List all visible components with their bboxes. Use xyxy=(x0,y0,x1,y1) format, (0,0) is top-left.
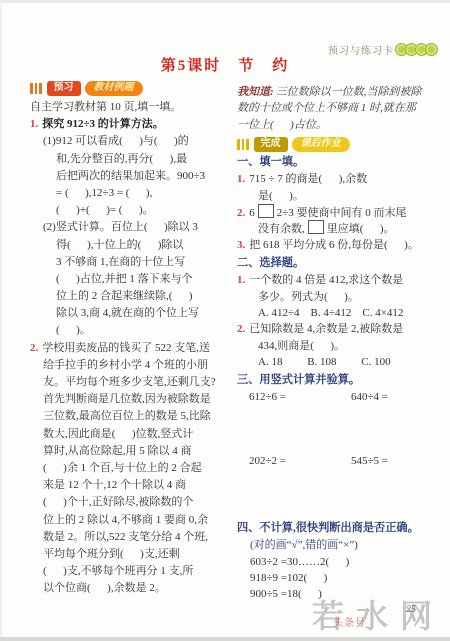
know-line: 我知道:三位数除以一位数,当除到被除 xyxy=(237,84,449,100)
question-number: 2. xyxy=(237,207,249,219)
text-line: 首先判断商是几位数,因为被除数是 xyxy=(30,391,232,408)
text-line: 平均每个班分到( )支,还剩 xyxy=(30,546,232,563)
text-line: 3 不够商 1,在商的十位上写 xyxy=(30,254,232,271)
section3-title: 三、用竖式计算并验算。 xyxy=(237,372,449,389)
question-line: 2.已知除数是 4,余数是 2,被除数是 xyxy=(237,321,449,337)
text-line: 算时,从高位除起,用 5 除以 4 商 xyxy=(30,443,232,460)
homework-tag: 课后作业 xyxy=(292,137,350,152)
question-line: 1.一个数的 4 倍是 412,求这个数是 xyxy=(237,272,449,288)
question-text: 没有余数, xyxy=(258,223,305,235)
text-line: (2)竖式计算。百位上( )除以 3 xyxy=(30,219,232,236)
question-text: 已知除数是 4,余数是 2,被除数是 xyxy=(249,323,403,335)
intro-line: 自主学习教材第 10 页,填一填。 xyxy=(30,99,232,116)
text-line: ( )+( )= ( )。 xyxy=(30,202,232,219)
know-line: 数的十位或个位上不够商 1 时,就在那 xyxy=(237,100,449,116)
section-bars-icon xyxy=(30,83,42,94)
page-edge-left xyxy=(0,0,2,641)
judgment-line: 918÷9 =102( ) xyxy=(237,570,449,586)
question-line: 是( )。 xyxy=(237,188,449,204)
question-line: 3.把 618 平均分成 6 份,每份是( )。 xyxy=(237,237,449,253)
question-text: 把 618 平均分成 6 份,每份是( )。 xyxy=(249,239,419,251)
question-text: 里应填( )。 xyxy=(327,223,395,235)
question-number: 1. xyxy=(237,173,249,185)
question-line: 1.715 ÷ 7 的商是( ),余数 xyxy=(237,171,449,187)
question-number: 2. xyxy=(30,342,42,354)
item2-head: 2.学校用卖废品的钱买了 522 支笔,送 xyxy=(30,340,232,357)
page-title: 第5课时 节 约 xyxy=(0,54,450,75)
text-line: 来是 12 个十,12 个十除以 4 商 xyxy=(30,477,232,494)
textbook-example-tag: 教材例题 xyxy=(85,81,143,96)
text-line: 位上的 2 合起来继续除,( ) xyxy=(30,288,232,305)
equation: 202÷2 = xyxy=(249,453,351,469)
text-line: 和,先分整百的,再分( ),最 xyxy=(30,151,232,168)
page-edge-top xyxy=(0,0,450,3)
judgment-line: 603÷2 =30……2( ) xyxy=(237,554,449,570)
know-prefix: 我知道: xyxy=(237,86,276,98)
know-text: 三位数除以一位数,当除到被除 xyxy=(276,86,422,98)
question-text: 2÷3 要使商中间有 0 而末尾 xyxy=(277,207,407,219)
text-line: (1)912 可以看成( )与( )的 xyxy=(30,133,232,150)
text-line: ( )支,不够每个班再分 1 支,所 xyxy=(30,563,232,580)
preview-tag: 预习 xyxy=(47,81,81,96)
blank-box xyxy=(258,204,274,218)
right-column: 我知道:三位数除以一位数,当除到被除 数的十位或个位上不够商 1 时,就在那 一… xyxy=(237,84,449,603)
equation: 612÷6 = xyxy=(249,389,351,405)
complete-tag: 完成 xyxy=(254,137,288,152)
text-line: 三位数,最高位百位上的数是 5,比除 xyxy=(30,408,232,425)
text-line: 友。平均每个班多少支笔,还剩几支? xyxy=(30,374,232,391)
section4-note: (对的画“√”,错的画“×”) xyxy=(237,537,449,553)
section2-title: 二、选择题。 xyxy=(237,255,449,272)
workbook-page: 预习与练习卡 第5课时 节 约 预习 教材例题 自主学习教材第 10 页,填一填… xyxy=(0,0,450,641)
know-line: 一位上( )占位。 xyxy=(237,117,449,133)
page-number: 25 xyxy=(406,604,416,615)
item1-head: 1.探究 912÷3 的计算方法。 xyxy=(30,116,232,133)
equation: 640÷4 = xyxy=(351,389,388,405)
blank-box xyxy=(308,220,324,234)
text-line: 数大,因此商是( )位数,竖式计 xyxy=(30,426,232,443)
section4-title: 四、不计算,很快判断出商是否正确。 xyxy=(237,520,449,537)
question-number: 2. xyxy=(237,323,249,335)
question-line: 2.62÷3 要使商中间有 0 而末尾 xyxy=(237,204,449,220)
watermark-text: 若水网 xyxy=(312,591,444,637)
equation: 545÷5 = xyxy=(351,453,388,469)
question-line: 多少。列式为( )。 xyxy=(237,289,449,305)
item1-title: 探究 912÷3 的计算方法。 xyxy=(42,118,164,130)
section1-title: 一、填一填。 xyxy=(237,154,449,171)
text-line: 除以 3,商 4,就在商的个位上写 xyxy=(30,305,232,322)
item2-first-line: 学校用卖废品的钱买了 522 支笔,送 xyxy=(42,342,210,354)
choice-options: A. 18 B. 108 C. 100 xyxy=(237,354,449,370)
question-number: 3. xyxy=(237,239,249,251)
equation-row: 612÷6 =640÷4 = xyxy=(237,389,449,405)
question-text: 一个数的 4 倍是 412,求这个数是 xyxy=(249,274,403,286)
text-line: ( )占位,并把 1 落下来与个 xyxy=(30,271,232,288)
text-line: 得( ),十位上的( )除以 xyxy=(30,237,232,254)
question-number: 1. xyxy=(30,118,42,130)
text-line: ( )个十,正好除尽,被除数的个 xyxy=(30,494,232,511)
question-text: 715 ÷ 7 的商是( ),余数 xyxy=(249,173,367,185)
text-line: 后把两次的结果加起来。900÷3 xyxy=(30,168,232,185)
question-text: 6 xyxy=(249,207,255,219)
text-line: 数是 2。所以,522 支笔分给 4 个班, xyxy=(30,529,232,546)
text-line: = ( ),12÷3 = ( ), xyxy=(30,185,232,202)
text-line: 以个位商( ),余数是 2。 xyxy=(30,580,232,597)
page-edge-bottom xyxy=(0,637,450,641)
text-line: 位上的 2 除以 4,不够商 1 要商 0,余 xyxy=(30,512,232,529)
text-line: ( )余 1 个百,与十位上的 2 合起 xyxy=(30,460,232,477)
choice-options: A. 412÷4 B. 4÷412 C. 4×412 xyxy=(237,305,449,321)
question-line: 434,则商是( )。 xyxy=(237,338,449,354)
left-column: 预习 教材例题 自主学习教材第 10 页,填一填。 1.探究 912÷3 的计算… xyxy=(30,80,232,597)
text-line: ( )。 xyxy=(30,322,232,339)
homework-badge-row: 完成 课后作业 xyxy=(237,136,449,152)
preview-badge-row: 预习 教材例题 xyxy=(30,80,232,96)
question-line: 没有余数,里应填( )。 xyxy=(237,220,449,236)
section-bars-icon xyxy=(237,139,249,150)
equation-row: 202÷2 =545÷5 = xyxy=(237,453,449,469)
question-number: 1. xyxy=(237,274,249,286)
watermark-subtext: 头条号 xyxy=(333,614,366,629)
text-line: 给手拉手的乡村小学 4 个班的小朋 xyxy=(30,357,232,374)
